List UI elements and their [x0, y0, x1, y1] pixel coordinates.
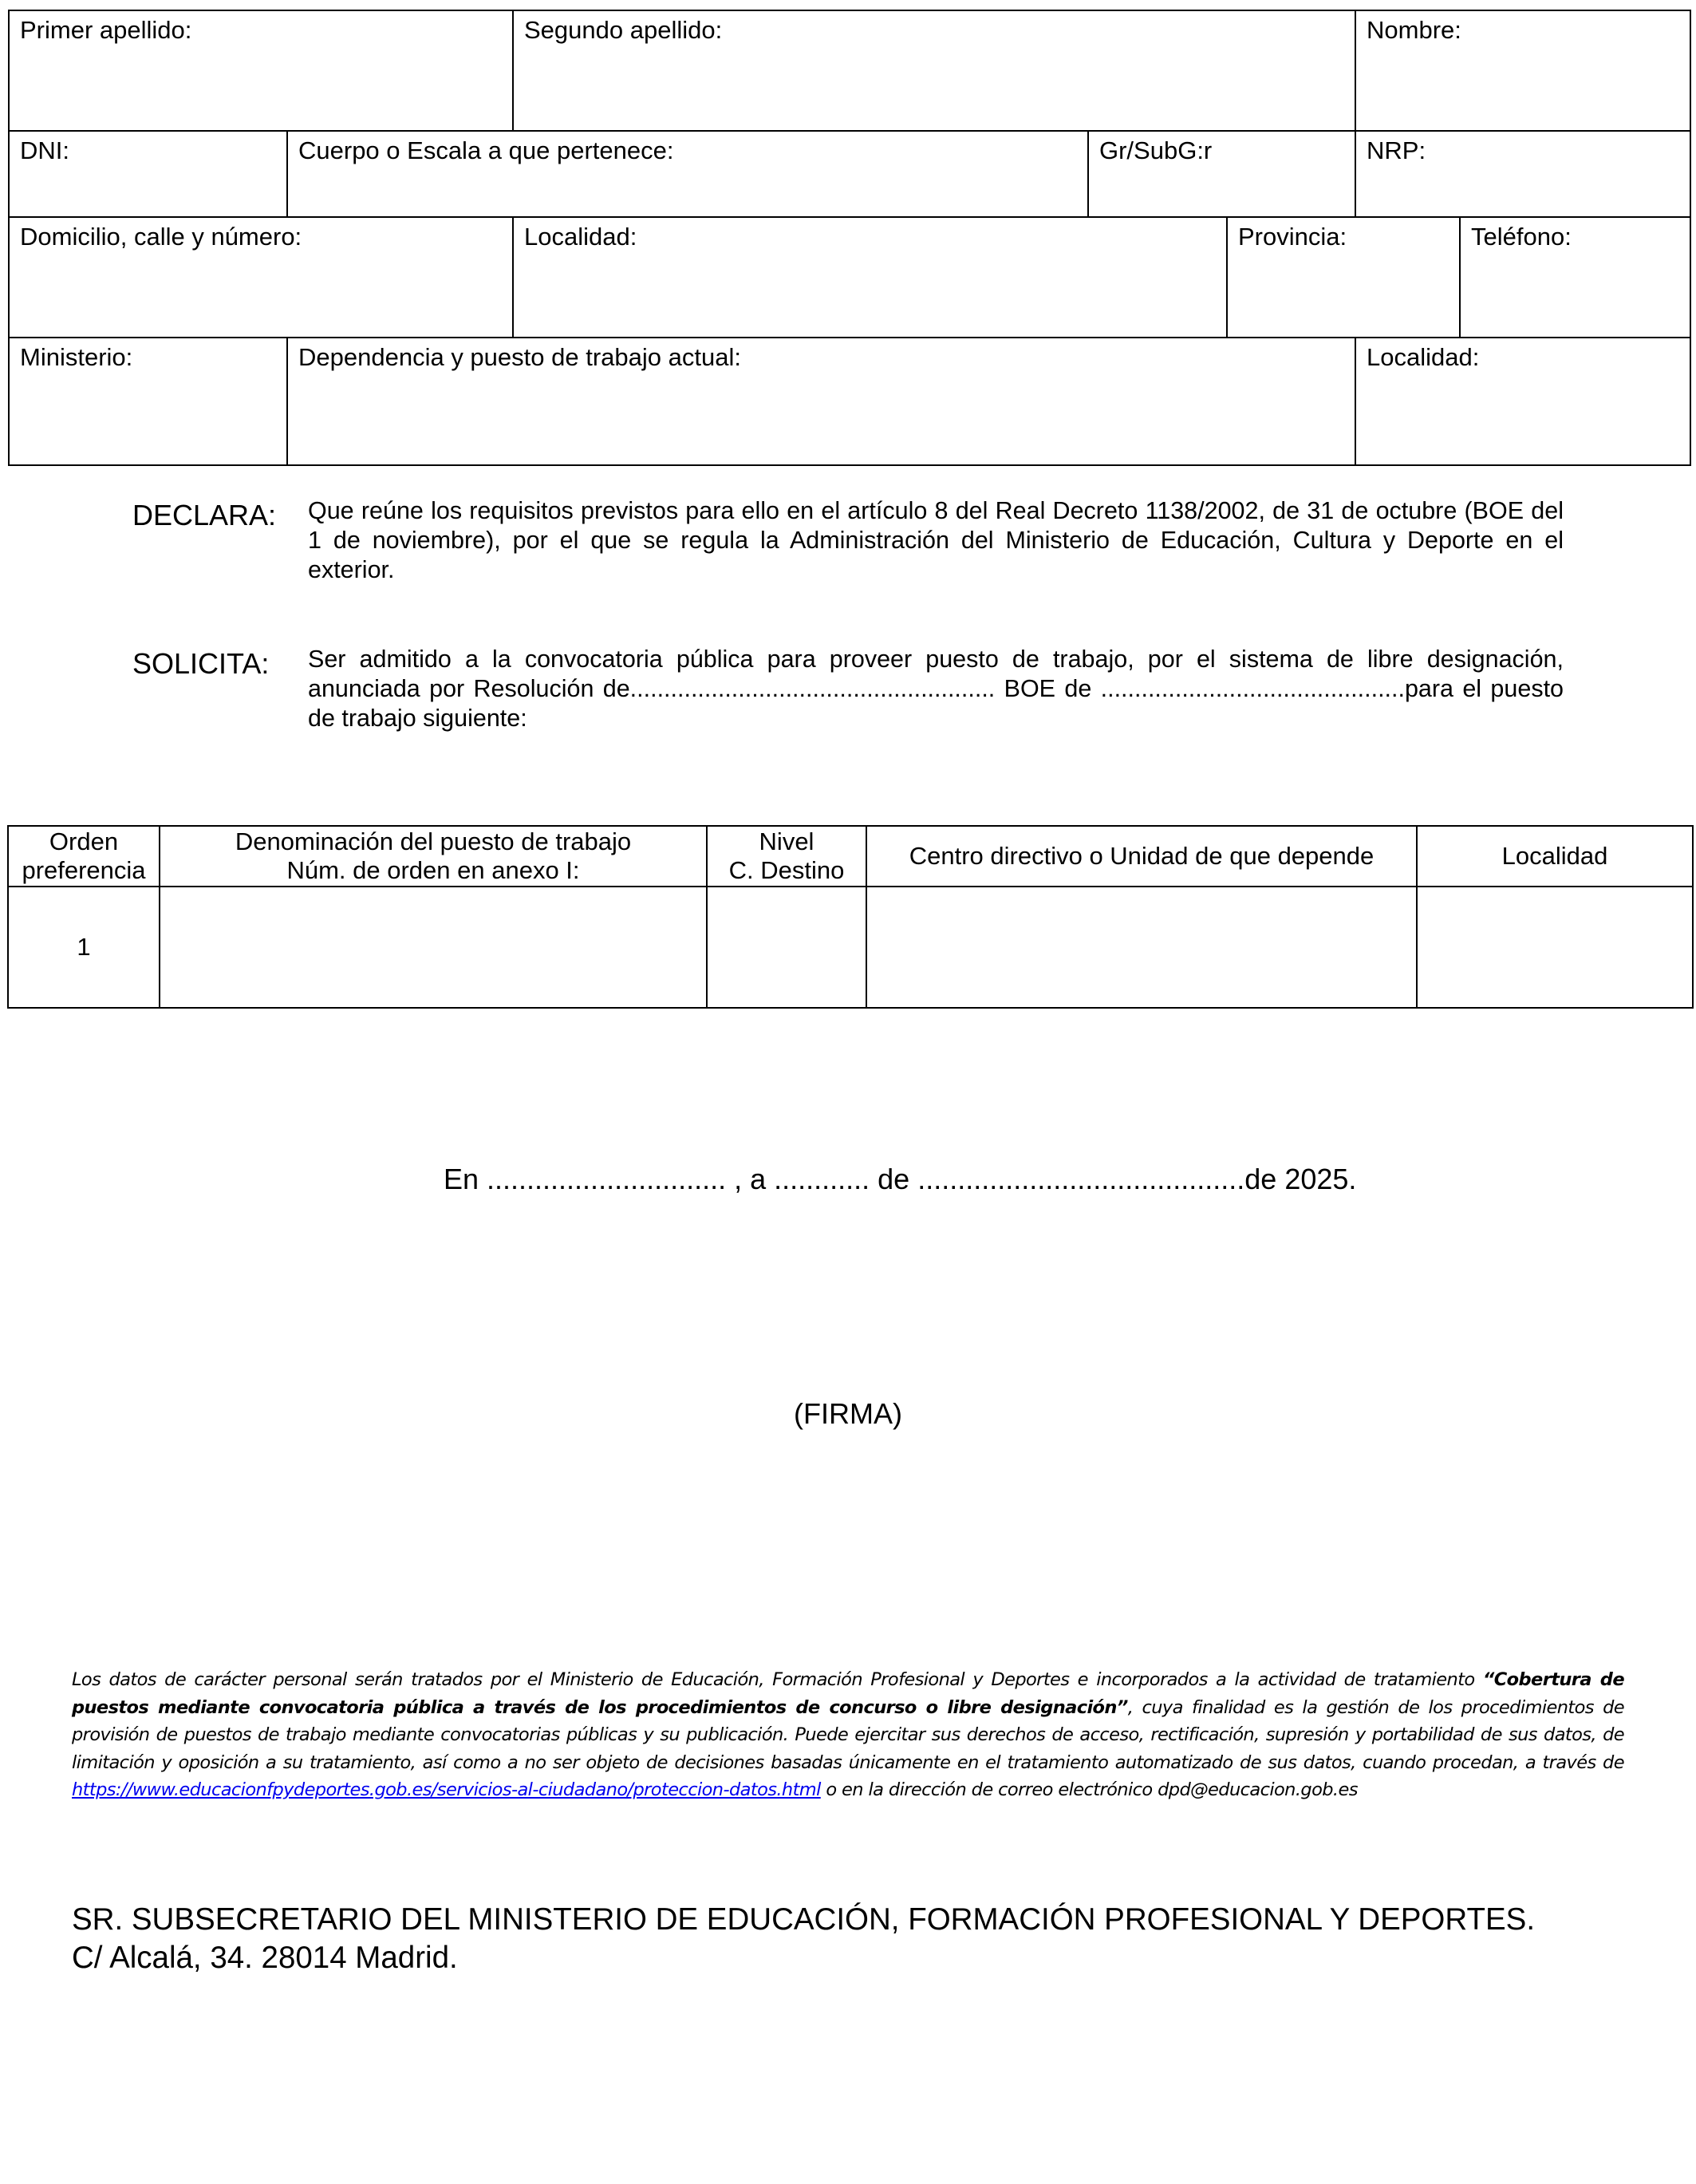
field-label: DNI:: [20, 136, 286, 165]
field-label: Teléfono:: [1471, 223, 1690, 251]
field-label: Domicilio, calle y número:: [20, 223, 512, 251]
privacy-intro: Los datos de carácter personal serán tra…: [72, 1669, 1483, 1690]
field-domicilio[interactable]: Domicilio, calle y número:: [10, 218, 514, 338]
field-nrp[interactable]: NRP:: [1356, 132, 1690, 218]
field-segundo-apellido[interactable]: Segundo apellido:: [514, 11, 1356, 132]
field-localidad-domicilio[interactable]: Localidad:: [514, 218, 1228, 338]
cell-orden: 1: [8, 887, 160, 1008]
field-label: Cuerpo o Escala a que pertenece:: [298, 136, 1087, 165]
field-provincia[interactable]: Provincia:: [1228, 218, 1461, 338]
field-label: NRP:: [1367, 136, 1690, 165]
header-orden-preferencia: Orden preferencia: [8, 826, 160, 887]
field-label: Nombre:: [1367, 16, 1690, 45]
declara-text: Que reúne los requisitos previstos para …: [308, 496, 1564, 585]
privacy-notice: Los datos de carácter personal serán tra…: [72, 1666, 1624, 1804]
field-grupo-subgrupo[interactable]: Gr/SubG:r: [1089, 132, 1356, 218]
field-label: Primer apellido:: [20, 16, 512, 45]
positions-header-row: Orden preferencia Denominación del puest…: [8, 826, 1693, 887]
field-label: Provincia:: [1238, 223, 1459, 251]
field-nombre[interactable]: Nombre:: [1356, 11, 1690, 132]
solicita-label: SOLICITA:: [132, 648, 269, 680]
privacy-outro: o en la dirección de correo electrónico …: [821, 1779, 1358, 1800]
table-row: 1: [8, 887, 1693, 1008]
field-label: Dependencia y puesto de trabajo actual:: [298, 343, 1355, 372]
field-dependencia-puesto[interactable]: Dependencia y puesto de trabajo actual:: [288, 338, 1356, 464]
field-label: Segundo apellido:: [524, 16, 1355, 45]
header-centro-directivo: Centro directivo o Unidad de que depende: [866, 826, 1417, 887]
addressee-title: SR. SUBSECRETARIO DEL MINISTERIO DE EDUC…: [72, 1901, 1535, 1939]
addressee-address: C/ Alcalá, 34. 28014 Madrid.: [72, 1939, 1535, 1977]
field-primer-apellido[interactable]: Primer apellido:: [10, 11, 514, 132]
field-label: Localidad:: [1367, 343, 1690, 372]
field-localidad-trabajo[interactable]: Localidad:: [1356, 338, 1690, 464]
field-label: Ministerio:: [20, 343, 286, 372]
privacy-link[interactable]: https://www.educacionfpydeportes.gob.es/…: [72, 1779, 821, 1800]
field-ministerio[interactable]: Ministerio:: [10, 338, 288, 464]
header-localidad: Localidad: [1417, 826, 1693, 887]
header-denominacion-puesto: Denominación del puesto de trabajo Núm. …: [160, 826, 707, 887]
field-telefono[interactable]: Teléfono:: [1461, 218, 1690, 338]
solicita-text: Ser admitido a la convocatoria pública p…: [308, 645, 1564, 733]
cell-nivel[interactable]: [707, 887, 866, 1008]
declara-label: DECLARA:: [132, 500, 276, 531]
addressee-block: SR. SUBSECRETARIO DEL MINISTERIO DE EDUC…: [72, 1901, 1535, 1977]
signature-label: (FIRMA): [0, 1398, 1696, 1430]
field-cuerpo-escala[interactable]: Cuerpo o Escala a que pertenece:: [288, 132, 1089, 218]
field-label: Gr/SubG:r: [1099, 136, 1355, 165]
cell-localidad[interactable]: [1417, 887, 1693, 1008]
personal-data-form: Primer apellido: Segundo apellido: Nombr…: [8, 10, 1691, 466]
positions-table: Orden preferencia Denominación del puest…: [7, 825, 1694, 1009]
field-label: Localidad:: [524, 223, 1226, 251]
cell-centro-directivo[interactable]: [866, 887, 1417, 1008]
header-nivel-destino: Nivel C. Destino: [707, 826, 866, 887]
cell-denominacion[interactable]: [160, 887, 707, 1008]
field-dni[interactable]: DNI:: [10, 132, 288, 218]
place-date-line[interactable]: En .............................. , a ..…: [444, 1163, 1356, 1195]
